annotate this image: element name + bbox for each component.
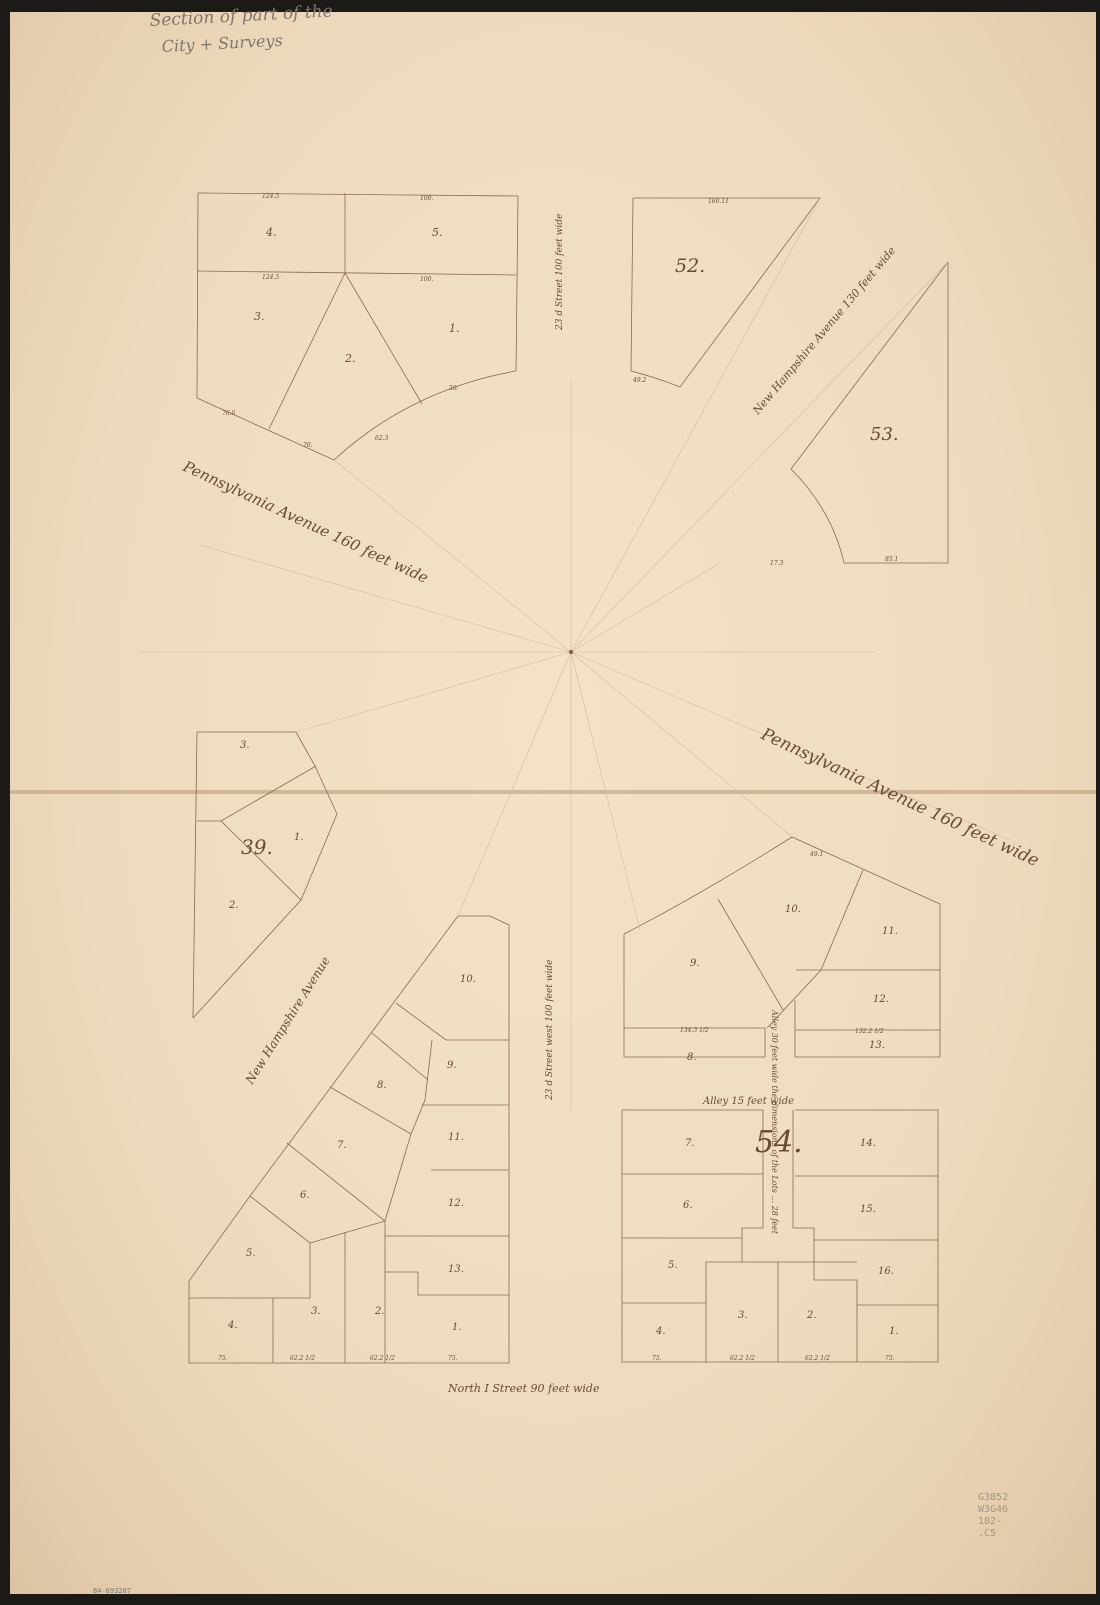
- lot-label: 5.: [432, 226, 443, 239]
- dimension-label: 75.: [652, 1355, 662, 1362]
- street-label-new-hampshire-ne: New Hampshire Avenue 130 feet wide: [750, 244, 899, 418]
- square-number-54: 54.: [755, 1125, 803, 1160]
- dimension-label: 49.1: [809, 851, 823, 858]
- street-label-23rd-north: 23 d Street 100 feet wide: [555, 214, 565, 331]
- alley-label-54: Alley 15 feet wide: [702, 1096, 794, 1107]
- dimension-label: 62.2 1/2: [370, 1355, 395, 1362]
- lot-label: 3.: [254, 310, 265, 323]
- call-number: 84-693207: [93, 1587, 131, 1595]
- dimension-label: 124.5: [262, 193, 279, 200]
- square-number-53: 53.: [870, 424, 899, 445]
- lot-label: 3.: [240, 740, 250, 751]
- lot-label: 5.: [246, 1248, 256, 1259]
- dimension-label: 17.3: [770, 560, 784, 567]
- lot-label: 3.: [738, 1310, 748, 1321]
- lot-label: 5.: [668, 1260, 678, 1271]
- dimension-label: 62.2 1/2: [290, 1355, 315, 1362]
- dimension-label: 75.: [448, 1355, 458, 1362]
- lot-label: 12.: [448, 1198, 464, 1209]
- street-label-23rd-south: 23 d Street west 100 feet wide: [545, 960, 555, 1101]
- lot-label: 2.: [374, 1306, 385, 1317]
- lot-label: 13.: [869, 1040, 885, 1051]
- lot-label: 2.: [806, 1310, 817, 1321]
- lot-label: 4.: [227, 1320, 238, 1331]
- lot-label: 15.: [860, 1204, 876, 1215]
- lot-label: 4.: [265, 226, 277, 239]
- lot-label: 4.: [655, 1326, 666, 1337]
- lot-label: 8.: [687, 1052, 697, 1063]
- lot-label: 2.: [228, 900, 239, 911]
- lot-label: 14.: [860, 1138, 876, 1149]
- map-title-line1: Section of part of the: [149, 1, 333, 31]
- street-label-pennsylvania-nw: Pennsylvania Avenue 160 feet wide: [179, 457, 431, 587]
- dimension-label: 85.1: [885, 556, 898, 563]
- dimension-label: 50.: [449, 385, 459, 392]
- lot-label: 1.: [452, 1322, 462, 1333]
- dimension-label: 160.11: [708, 198, 729, 205]
- street-label-north-i: North I Street 90 feet wide: [447, 1382, 600, 1395]
- lot-label: 11.: [448, 1132, 464, 1143]
- lot-label: 10.: [785, 904, 801, 915]
- lot-label: 9.: [690, 958, 700, 969]
- lot-label: 11.: [882, 926, 898, 937]
- survey-map: Section of part of the City + Surveys Pe…: [0, 0, 1100, 1605]
- map-title-line2: City + Surveys: [161, 31, 283, 56]
- dimension-label: 134.3 1/2: [680, 1027, 709, 1034]
- lot-label: 3.: [311, 1306, 321, 1317]
- dimension-label: 100.: [420, 195, 433, 202]
- lot-label: 6.: [683, 1200, 693, 1211]
- square-number-39: 39.: [241, 835, 273, 859]
- dimension-label: 100.: [420, 276, 433, 283]
- dimension-label: 70.: [303, 442, 313, 449]
- lot-label: 2.: [344, 352, 356, 365]
- dimension-label: 62.3: [375, 435, 389, 442]
- lot-label: 13.: [448, 1264, 464, 1275]
- lot-label: 16.: [878, 1266, 894, 1277]
- lot-label: 8.: [377, 1080, 387, 1091]
- dimension-label: 124.5: [262, 274, 279, 281]
- library-stamp: G3852 W3G46 182- .C5: [978, 1492, 1038, 1540]
- lot-label: 9.: [447, 1060, 457, 1071]
- lot-label: 1.: [449, 322, 460, 335]
- square-number-52: 52.: [675, 255, 705, 277]
- lot-label: 7.: [685, 1138, 695, 1149]
- lot-label: 6.: [300, 1190, 310, 1201]
- lot-label: 12.: [873, 994, 889, 1005]
- lot-label: 7.: [337, 1140, 347, 1151]
- dimension-label: 132.2 1/2: [855, 1028, 884, 1035]
- dimension-label: 75.: [218, 1355, 228, 1362]
- dimension-label: 62.2 1/2: [730, 1355, 755, 1362]
- dimension-label: 75.: [885, 1355, 895, 1362]
- dimension-label: 62.2 1/2: [805, 1355, 830, 1362]
- dimension-label: 76.6: [222, 410, 236, 417]
- lot-label: 1.: [889, 1326, 899, 1337]
- lot-label: 1.: [294, 832, 304, 843]
- street-label-pennsylvania-se: Pennsylvania Avenue 160 feet wide: [757, 724, 1042, 871]
- alley-label-54-vertical: Alley 30 feet wide the dimensions of the…: [770, 1009, 779, 1235]
- dimension-label: 49.2: [632, 377, 647, 384]
- lot-label: 10.: [460, 974, 476, 985]
- street-label-new-hampshire-sw: New Hampshire Avenue: [242, 954, 332, 1087]
